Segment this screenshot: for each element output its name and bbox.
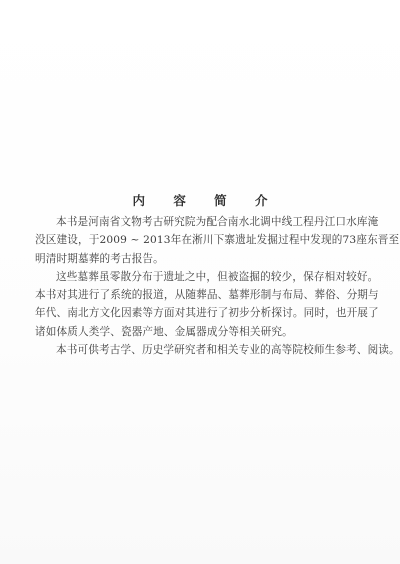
text-line: 本书是河南省文物考古研究院为配合南水北调中线工程丹江口水库淹	[35, 213, 375, 231]
paragraph-3: 本书可供考古学、历史学研究者和相关专业的高等院校师生参考、阅读。	[35, 341, 375, 359]
text-line: 明清时期墓葬的考古报告。	[35, 250, 375, 268]
text-line: 诸如体质人类学、瓷器产地、金属器成分等相关研究。	[35, 323, 375, 341]
summary-body: 本书是河南省文物考古研究院为配合南水北调中线工程丹江口水库淹 没区建设，于200…	[35, 213, 375, 359]
paragraph-2: 这些墓葬虽零散分布于遗址之中，但被盗掘的较少，保存相对较好。 本书对其进行了系统…	[35, 268, 375, 341]
page-title: 内 容 简 介	[0, 191, 400, 209]
text-line: 没区建设，于2009 ~ 2013年在淅川下寨遗址发掘过程中发现的73座东晋至	[35, 231, 375, 249]
text-line: 年代、南北方文化因素等方面对其进行了初步分析探讨。同时，也开展了	[35, 304, 375, 322]
book-page: 内 容 简 介 本书是河南省文物考古研究院为配合南水北调中线工程丹江口水库淹 没…	[0, 0, 400, 564]
paragraph-1: 本书是河南省文物考古研究院为配合南水北调中线工程丹江口水库淹 没区建设，于200…	[35, 213, 375, 268]
text-line: 本书对其进行了系统的报道，从随葬品、墓葬形制与布局、葬俗、分期与	[35, 286, 375, 304]
text-line: 本书可供考古学、历史学研究者和相关专业的高等院校师生参考、阅读。	[35, 341, 375, 359]
text-line: 这些墓葬虽零散分布于遗址之中，但被盗掘的较少，保存相对较好。	[35, 268, 375, 286]
